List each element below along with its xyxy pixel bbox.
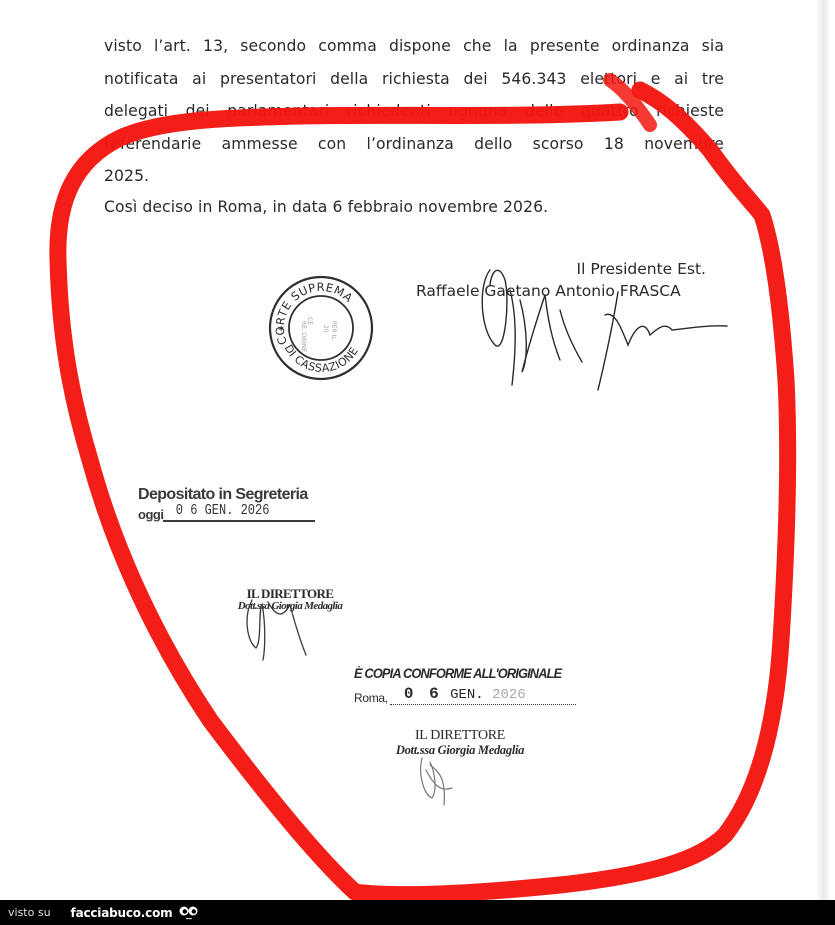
paragraph-line: notificata ai presentatori della richies… bbox=[104, 63, 724, 96]
ordinance-paragraph: visto l’art. 13, secondo comma dispone c… bbox=[104, 30, 724, 221]
document-page: visto l’art. 13, secondo comma dispone c… bbox=[0, 0, 835, 900]
place-label: Roma, bbox=[354, 691, 388, 705]
paragraph-line: visto l’art. 13, secondo comma dispone c… bbox=[104, 30, 724, 63]
page-edge-shadow bbox=[815, 0, 829, 900]
director-title: IL DIRETTORE bbox=[360, 728, 560, 744]
eyes-icon bbox=[178, 905, 200, 921]
certified-copy-date: 0 6 GEN. 2026 bbox=[390, 685, 576, 705]
seal-star-icon: ✶ bbox=[277, 324, 285, 335]
svg-text:RE. DIONE: RE. DIONE bbox=[300, 321, 307, 352]
watermark-footer: visto su facciabuco.com bbox=[0, 900, 835, 925]
signatory-role: Il Presidente Est. bbox=[416, 258, 728, 280]
director-name: Dott.ssa Giorgia Medaglia bbox=[360, 743, 560, 758]
signatory-block: Il Presidente Est. Raffaele Gaetano Anto… bbox=[416, 258, 728, 302]
svg-text:20: 20 bbox=[322, 325, 329, 333]
decision-line: Così deciso in Roma, in data 6 febbraio … bbox=[104, 193, 724, 221]
director-name: Dott.ssa Giorgia Medaglia bbox=[205, 600, 375, 612]
paragraph-line: delegati dei parlamentari richiedenti og… bbox=[104, 95, 724, 128]
signatory-name: Raffaele Gaetano Antonio FRASCA bbox=[416, 280, 728, 302]
deposit-stamp: Depositato in Segreteria oggi 0 6 GEN. 2… bbox=[138, 486, 353, 522]
footer-brand-link[interactable]: facciabuco.com bbox=[71, 906, 173, 920]
certified-copy-title: È COPIA CONFORME ALL'ORIGINALE bbox=[354, 666, 582, 681]
director-2-signature-icon bbox=[421, 758, 452, 805]
oggi-label: oggi bbox=[138, 507, 163, 522]
paragraph-line: referendarie ammesse con l’ordinanza del… bbox=[104, 128, 724, 161]
date-year: 2026 bbox=[492, 687, 526, 703]
svg-text:PER IL: PER IL bbox=[330, 321, 337, 340]
paragraph-line: 2025. bbox=[104, 160, 724, 193]
director-stamp-2: IL DIRETTORE Dott.ssa Giorgia Medaglia bbox=[360, 728, 560, 758]
court-seal-stamp: CORTE SUPREMA DI CASSAZIONE ✶ CE RE. DIO… bbox=[266, 273, 376, 383]
director-stamp-1: IL DIRETTORE Dott.ssa Giorgia Medaglia bbox=[205, 586, 375, 612]
deposit-date: 0 6 GEN. 2026 bbox=[163, 502, 315, 522]
date-day: 0 6 bbox=[404, 685, 442, 703]
date-month: GEN. bbox=[450, 687, 484, 703]
certified-copy-stamp: È COPIA CONFORME ALL'ORIGINALE Roma, 0 6… bbox=[354, 666, 594, 705]
footer-prefix: visto su bbox=[8, 906, 51, 919]
